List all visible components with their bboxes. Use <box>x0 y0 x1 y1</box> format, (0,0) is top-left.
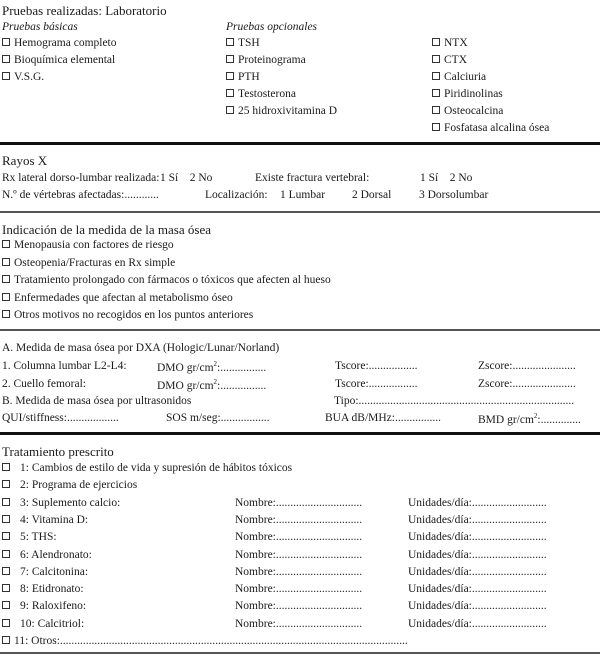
optional-test-item[interactable]: Osteocalcina <box>432 105 503 117</box>
drug-units-field[interactable]: Unidades/día:.......................... <box>408 497 547 509</box>
treatment-drug-item-label: 3: Suplemento calcio: <box>20 497 120 509</box>
sos-field[interactable]: SOS m/seg:................. <box>166 412 270 424</box>
basic-test-item-label: Bioquímica elemental <box>14 54 115 66</box>
dmo-field[interactable]: DMO gr/cm2:................ <box>157 378 266 392</box>
treatment-drug-item-label: 7: Calcitonina: <box>20 566 88 578</box>
drug-name-field[interactable]: Nombre:.............................. <box>235 618 362 630</box>
section-divider <box>0 142 600 145</box>
checkbox-icon[interactable] <box>432 123 440 131</box>
basic-test-item[interactable]: V.S.G. <box>2 71 44 83</box>
basic-test-item-label: Hemograma completo <box>14 37 117 49</box>
indication-item[interactable]: Menopausia con factores de riesgo <box>2 239 174 251</box>
basic-tests-label: Pruebas básicas <box>2 21 78 33</box>
zscore-field[interactable]: Zscore:...................... <box>478 360 576 372</box>
location-dorsal[interactable]: 2 Dorsal <box>352 189 391 201</box>
checkbox-icon[interactable] <box>2 515 10 523</box>
location-label: Localización: <box>205 189 268 201</box>
optional-test-item[interactable]: TSH <box>226 37 260 49</box>
optional-test-item[interactable]: CTX <box>432 54 467 66</box>
optional-test-item-label: Calciuria <box>444 71 486 83</box>
bmd-label: BMD gr/cm <box>478 414 534 426</box>
drug-units-field[interactable]: Unidades/día:.......................... <box>408 600 547 612</box>
xray-lateral-options[interactable]: 1 Sí 2 No <box>160 172 212 184</box>
treatment-drug-item[interactable]: 3: Suplemento calcio: <box>2 497 120 509</box>
checkbox-icon[interactable] <box>432 55 440 63</box>
dmo-dots: :................ <box>217 362 266 374</box>
checkbox-icon[interactable] <box>2 601 10 609</box>
optional-test-item[interactable]: PTH <box>226 71 260 83</box>
checkbox-icon[interactable] <box>226 55 234 63</box>
treatment-drug-item[interactable]: 8: Etidronato: <box>2 583 84 595</box>
checkbox-icon[interactable] <box>2 240 10 248</box>
optional-test-item[interactable]: NTX <box>432 37 468 49</box>
xray-title: Rayos X <box>2 153 47 169</box>
checkbox-icon[interactable] <box>2 38 10 46</box>
checkbox-icon[interactable] <box>2 275 10 283</box>
checkbox-icon[interactable] <box>2 567 10 575</box>
vertebrae-count-field[interactable]: N.º de vértebras afectadas:............ <box>2 189 159 201</box>
dmo-dots: :................ <box>217 380 266 392</box>
treatment-item[interactable]: 2: Programa de ejercicios <box>2 479 137 491</box>
bua-field[interactable]: BUA dB/MHz:................ <box>325 412 441 424</box>
checkbox-icon[interactable] <box>2 258 10 266</box>
dxa-site-label: 1. Columna lumbar L2-L4: <box>2 360 127 372</box>
checkbox-icon[interactable] <box>2 72 10 80</box>
ultrasound-type-field[interactable]: Tipo:...................................… <box>334 395 574 407</box>
optional-tests-label: Pruebas opcionales <box>226 21 317 33</box>
treatment-other-item[interactable]: 11: Otros:..............................… <box>2 635 408 647</box>
dxa-site-label: 2. Cuello femoral: <box>2 378 86 390</box>
optional-test-item[interactable]: Calciuria <box>432 71 486 83</box>
tscore-field[interactable]: Tscore:................. <box>335 378 418 390</box>
checkbox-icon[interactable] <box>226 38 234 46</box>
treatment-other-item-label: 11: Otros:..............................… <box>14 635 408 647</box>
indication-item-label: Otros motivos no recogidos en los puntos… <box>14 309 253 321</box>
bmd-dots: :.............. <box>537 414 580 426</box>
basic-test-item[interactable]: Bioquímica elemental <box>2 54 115 66</box>
treatment-drug-item[interactable]: 5: THS: <box>2 531 57 543</box>
optional-test-item-label: TSH <box>238 37 260 49</box>
indication-item[interactable]: Osteopenia/Fracturas en Rx simple <box>2 257 175 269</box>
optional-test-item-label: NTX <box>444 37 468 49</box>
indication-item[interactable]: Tratamiento prolongado con fármacos o tó… <box>2 274 331 286</box>
tscore-field[interactable]: Tscore:................. <box>335 360 418 372</box>
optional-test-item-label: PTH <box>238 71 260 83</box>
optional-test-item-label: CTX <box>444 54 467 66</box>
treatment-drug-item[interactable]: 9: Raloxifeno: <box>2 600 86 612</box>
treatment-item-label: 1: Cambios de estilo de vida y supresión… <box>20 462 292 474</box>
drug-name-field[interactable]: Nombre:.............................. <box>235 600 362 612</box>
treatment-drug-item-label: 5: THS: <box>20 531 57 543</box>
drug-units-field[interactable]: Unidades/día:.......................... <box>408 531 547 543</box>
optional-test-item-label: 25 hidroxivitamina D <box>238 105 337 117</box>
vertebral-fracture-label: Existe fractura vertebral: <box>255 172 369 184</box>
lab-title: Pruebas realizadas: Laboratorio <box>2 3 167 19</box>
bmd-field[interactable]: BMD gr/cm2:.............. <box>478 412 581 426</box>
indication-item-label: Enfermedades que afectan al metabolismo … <box>14 292 233 304</box>
drug-name-field[interactable]: Nombre:.............................. <box>235 531 362 543</box>
location-dorsolumbar[interactable]: 3 Dorsolumbar <box>419 189 488 201</box>
vertebral-fracture-options[interactable]: 1 Sí 2 No <box>420 172 472 184</box>
drug-name-field[interactable]: Nombre:.............................. <box>235 549 362 561</box>
checkbox-icon[interactable] <box>2 55 10 63</box>
optional-test-item[interactable]: Proteinograma <box>226 54 306 66</box>
treatment-item[interactable]: 1: Cambios de estilo de vida y supresión… <box>2 462 292 474</box>
drug-units-field[interactable]: Unidades/día:.......................... <box>408 618 547 630</box>
checkbox-icon[interactable] <box>2 480 10 488</box>
dmo-label: DMO gr/cm <box>157 380 214 392</box>
optional-test-item[interactable]: 25 hidroxivitamina D <box>226 105 337 117</box>
checkbox-icon[interactable] <box>2 532 10 540</box>
checkbox-icon[interactable] <box>2 584 10 592</box>
treatment-drug-item[interactable]: 7: Calcitonina: <box>2 566 88 578</box>
checkbox-icon[interactable] <box>432 72 440 80</box>
checkbox-icon[interactable] <box>226 72 234 80</box>
qui-stiffness-field[interactable]: QUI/stiffness:.................. <box>2 412 119 424</box>
treatment-drug-item-label: 8: Etidronato: <box>20 583 84 595</box>
optional-test-item[interactable]: Testosterona <box>226 88 296 100</box>
drug-name-field[interactable]: Nombre:.............................. <box>235 583 362 595</box>
checkbox-icon[interactable] <box>2 293 10 301</box>
dxa-title: A. Medida de masa ósea por DXA (Hologic/… <box>2 342 279 354</box>
basic-test-item-label: V.S.G. <box>14 71 44 83</box>
checkbox-icon[interactable] <box>2 463 10 471</box>
optional-test-item-label: Proteinograma <box>238 54 306 66</box>
checkbox-icon[interactable] <box>2 550 10 558</box>
indication-item-label: Tratamiento prolongado con fármacos o tó… <box>14 274 331 286</box>
treatment-drug-item-label: 10: Calcitriol: <box>20 618 84 630</box>
treatment-item-label: 2: Programa de ejercicios <box>20 479 137 491</box>
dmo-label: DMO gr/cm <box>157 362 214 374</box>
optional-test-item[interactable]: Piridinolinas <box>432 88 503 100</box>
ultrasound-title: B. Medida de masa ósea por ultrasonidos <box>2 395 191 407</box>
location-lumbar[interactable]: 1 Lumbar <box>280 189 325 201</box>
indication-item[interactable]: Otros motivos no recogidos en los puntos… <box>2 309 253 321</box>
drug-units-field[interactable]: Unidades/día:.......................... <box>408 583 547 595</box>
drug-name-field[interactable]: Nombre:.............................. <box>235 566 362 578</box>
drug-name-field[interactable]: Nombre:.............................. <box>235 514 362 526</box>
drug-units-field[interactable]: Unidades/día:.......................... <box>408 549 547 561</box>
drug-units-field[interactable]: Unidades/día:.......................... <box>408 514 547 526</box>
basic-test-item[interactable]: Hemograma completo <box>2 37 117 49</box>
checkbox-icon[interactable] <box>2 498 10 506</box>
section-divider <box>0 329 600 331</box>
dmo-field[interactable]: DMO gr/cm2:................ <box>157 360 266 374</box>
checkbox-icon[interactable] <box>2 619 10 627</box>
treatment-drug-item[interactable]: 10: Calcitriol: <box>2 618 84 630</box>
checkbox-icon[interactable] <box>432 89 440 97</box>
treatment-drug-item[interactable]: 6: Alendronato: <box>2 549 92 561</box>
optional-test-item-label: Testosterona <box>238 88 296 100</box>
optional-test-item-label: Piridinolinas <box>444 88 503 100</box>
checkbox-icon[interactable] <box>432 38 440 46</box>
checkbox-icon[interactable] <box>2 310 10 318</box>
optional-test-item-label: Osteocalcina <box>444 105 503 117</box>
indication-item-label: Menopausia con factores de riesgo <box>14 239 174 251</box>
indication-title: Indicación de la medida de la masa ósea <box>2 222 211 238</box>
indication-item-label: Osteopenia/Fracturas en Rx simple <box>14 257 175 269</box>
optional-test-item-label: Fosfatasa alcalina ósea <box>444 122 549 134</box>
treatment-drug-item-label: 6: Alendronato: <box>20 549 92 561</box>
zscore-field[interactable]: Zscore:...................... <box>478 378 576 390</box>
indication-item[interactable]: Enfermedades que afectan al metabolismo … <box>2 292 233 304</box>
checkbox-icon[interactable] <box>2 636 10 644</box>
checkbox-icon[interactable] <box>226 89 234 97</box>
drug-units-field[interactable]: Unidades/día:.......................... <box>408 566 547 578</box>
treatment-drug-item-label: 4: Vitamina D: <box>20 514 88 526</box>
checkbox-icon[interactable] <box>226 106 234 114</box>
treatment-drug-item-label: 9: Raloxifeno: <box>20 600 86 612</box>
optional-test-item[interactable]: Fosfatasa alcalina ósea <box>432 122 549 134</box>
section-divider <box>0 211 600 213</box>
xray-lateral-label: Rx lateral dorso-lumbar realizada: <box>2 172 159 184</box>
section-divider <box>0 432 600 435</box>
treatment-title: Tratamiento prescrito <box>2 444 114 460</box>
section-divider <box>0 652 600 654</box>
checkbox-icon[interactable] <box>432 106 440 114</box>
treatment-drug-item[interactable]: 4: Vitamina D: <box>2 514 88 526</box>
drug-name-field[interactable]: Nombre:.............................. <box>235 497 362 509</box>
